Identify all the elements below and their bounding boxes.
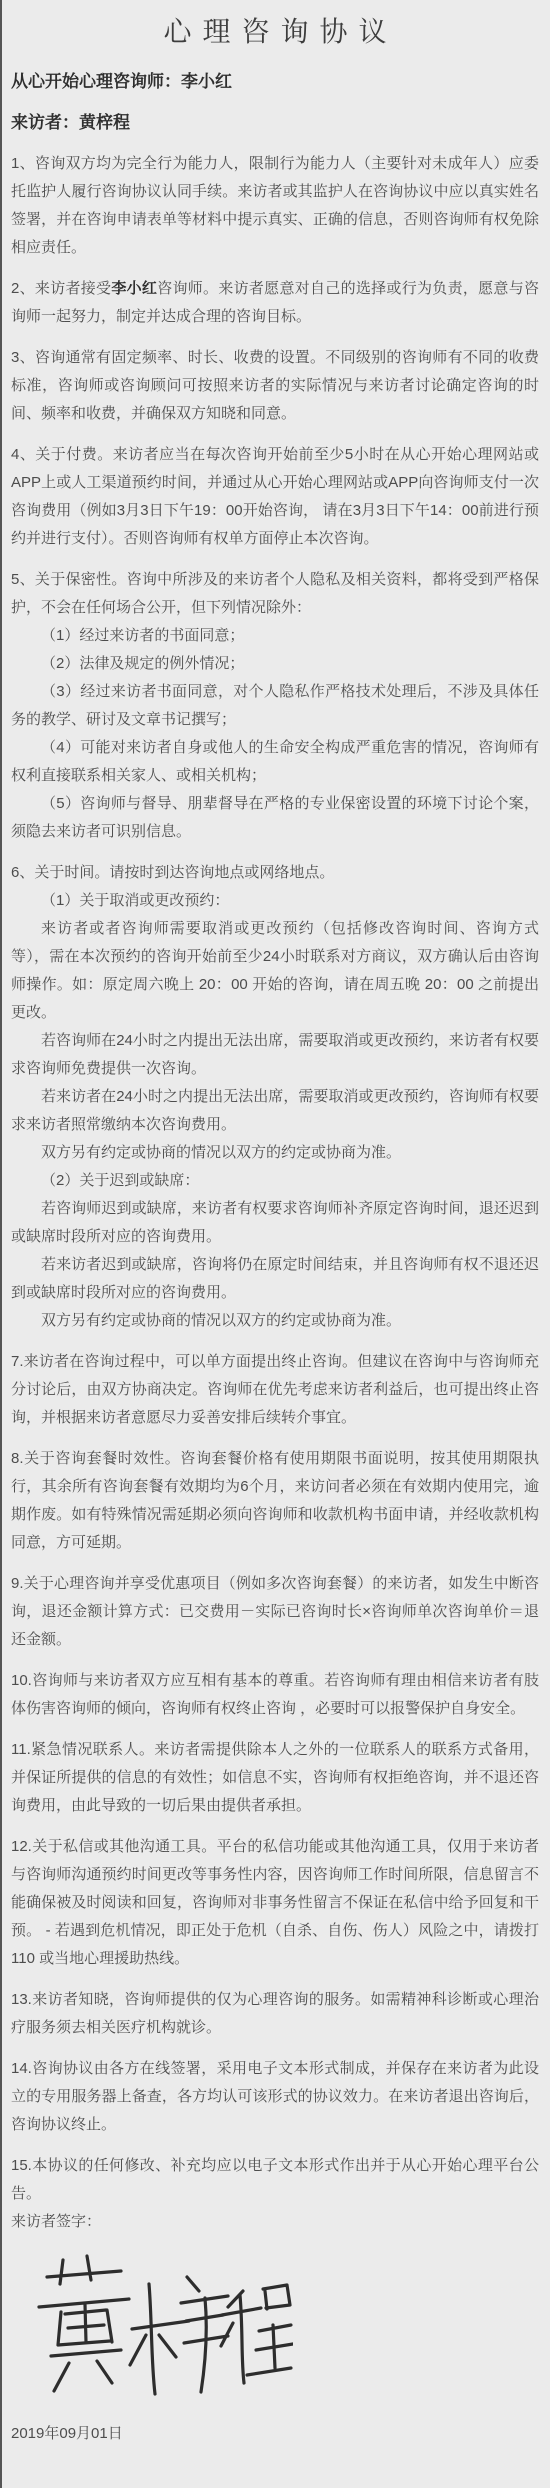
visitor-name-line: 来访者：黄梓程 [11,109,539,136]
signature-date: 2019年09月01日 [11,2420,539,2448]
clause-13: 13.来访者知晓，咨询师提供的仅为心理咨询的服务。如需精神科诊断或心理治疗服务须… [11,1986,539,2042]
clause-4: 4、关于付费。来访者应当在每次咨询开始前至少5小时在从心开始心理网站或APP上或… [11,441,539,553]
clause-6-item-2: （2）关于迟到或缺席： [11,1167,539,1195]
clause-2: 2、来访者接受李小红咨询师。来访者愿意对自己的选择或行为负责，愿意与咨询师一起努… [11,275,539,331]
clause-6-item-2-para-1: 若咨询师迟到或缺席，来访者有权要求咨询师补齐原定咨询时间，退还迟到或缺席时段所对… [11,1195,539,1251]
clause-6-item-1-para-1: 来访者或者咨询师需要取消或更改预约（包括修改咨询时间、咨询方式等），需在本次预约… [11,915,539,1027]
clause-6-item-2-para-3: 双方另有约定或协商的情况以双方的约定或协商为准。 [11,1307,539,1335]
clause-5-item-5: （5）咨询师与督导、朋辈督导在严格的专业保密设置的环境下讨论个案，须隐去来访者可… [11,790,539,846]
counselor-name-bold: 李小红 [111,280,157,297]
clause-12: 12.关于私信或其他沟通工具。平台的私信功能或其他沟通工具，仅用于来访者与咨询师… [11,1833,539,1973]
clause-6-item-1-para-3: 若来访者在24小时之内提出无法出席，需要取消或更改预约，咨询师有权要求来访者照常… [11,1083,539,1139]
clause-6-item-1: （1）关于取消或更改预约： [11,887,539,915]
clause-5-item-2: （2）法律及规定的例外情况； [11,650,539,678]
clause-14: 14.咨询协议由各方在线签署，采用电子文本形式制成，并保存在来访者为此设立的专用… [11,2055,539,2139]
clause-8: 8.关于咨询套餐时效性。咨询套餐价格有使用期限书面说明，按其使用期限执行，其余所… [11,1445,539,1557]
clause-10: 10.咨询师与来访者双方应互相有基本的尊重。若咨询师有理由相信来访者有肢体伤害咨… [11,1667,539,1723]
clause-11: 11.紧急情况联系人。来访者需提供除本人之外的一位联系人的联系方式备用，并保证所… [11,1736,539,1820]
agreement-document: 心理咨询协议 从心开始心理咨询师：李小红 来访者：黄梓程 1、咨询双方均为完全行… [0,0,550,2488]
clause-7: 7.来访者在咨询过程中，可以单方面提出终止咨询。但建议在咨询中与咨询师充分讨论后… [11,1348,539,1432]
visitor-signature-label: 来访者签字： [11,2208,539,2236]
counselor-name-line: 从心开始心理咨询师：李小红 [11,68,539,95]
clause-5-item-4: （4）可能对来访者自身或他人的生命安全构成严重危害的情况，咨询师有权利直接联系相… [11,734,539,790]
clause-1: 1、咨询双方均为完全行为能力人，限制行为能力人（主要针对未成年人）应委托监护人履… [11,150,539,262]
clause-6: 6、关于时间。请按时到达咨询地点或网络地点。 [11,859,539,887]
clause-2-prefix: 2、来访者接受 [11,280,111,297]
page-title: 心理咨询协议 [22,10,539,50]
clause-3: 3、咨询通常有固定频率、时长、收费的设置。不同级别的咨询师有不同的收费标准，咨询… [11,344,539,428]
clause-6-item-1-para-4: 双方另有约定或协商的情况以双方的约定或协商为准。 [11,1139,539,1167]
clause-6-item-1-para-2: 若咨询师在24小时之内提出无法出席，需要取消或更改预约，来访者有权要求咨询师免费… [11,1027,539,1083]
clause-5-item-1: （1）经过来访者的书面同意； [11,622,539,650]
clause-6-item-2-para-2: 若来访者迟到或缺席，咨询将仍在原定时间结束，并且咨询师有权不退还迟到或缺席时段所… [11,1251,539,1307]
clause-5-item-3: （3）经过来访者书面同意，对个人隐私作严格技术处理后，不涉及具体任务的教学、研讨… [11,678,539,734]
visitor-signature-area: 黄梓程 [37,2250,293,2420]
screen-left-edge [0,0,2,2488]
clause-15: 15.本协议的任何修改、补充均应以电子文本形式作出并于从心开始心理平台公告。 [11,2152,539,2208]
clause-9: 9.关于心理咨询并享受优惠项目（例如多次咨询套餐）的来访者，如发生中断咨询，退还… [11,1570,539,1654]
visitor-signature-drawing: 黄梓程 [37,2250,293,2420]
clause-5: 5、关于保密性。咨询中所涉及的来访者个人隐私及相关资料，都将受到严格保护，不会在… [11,566,539,622]
